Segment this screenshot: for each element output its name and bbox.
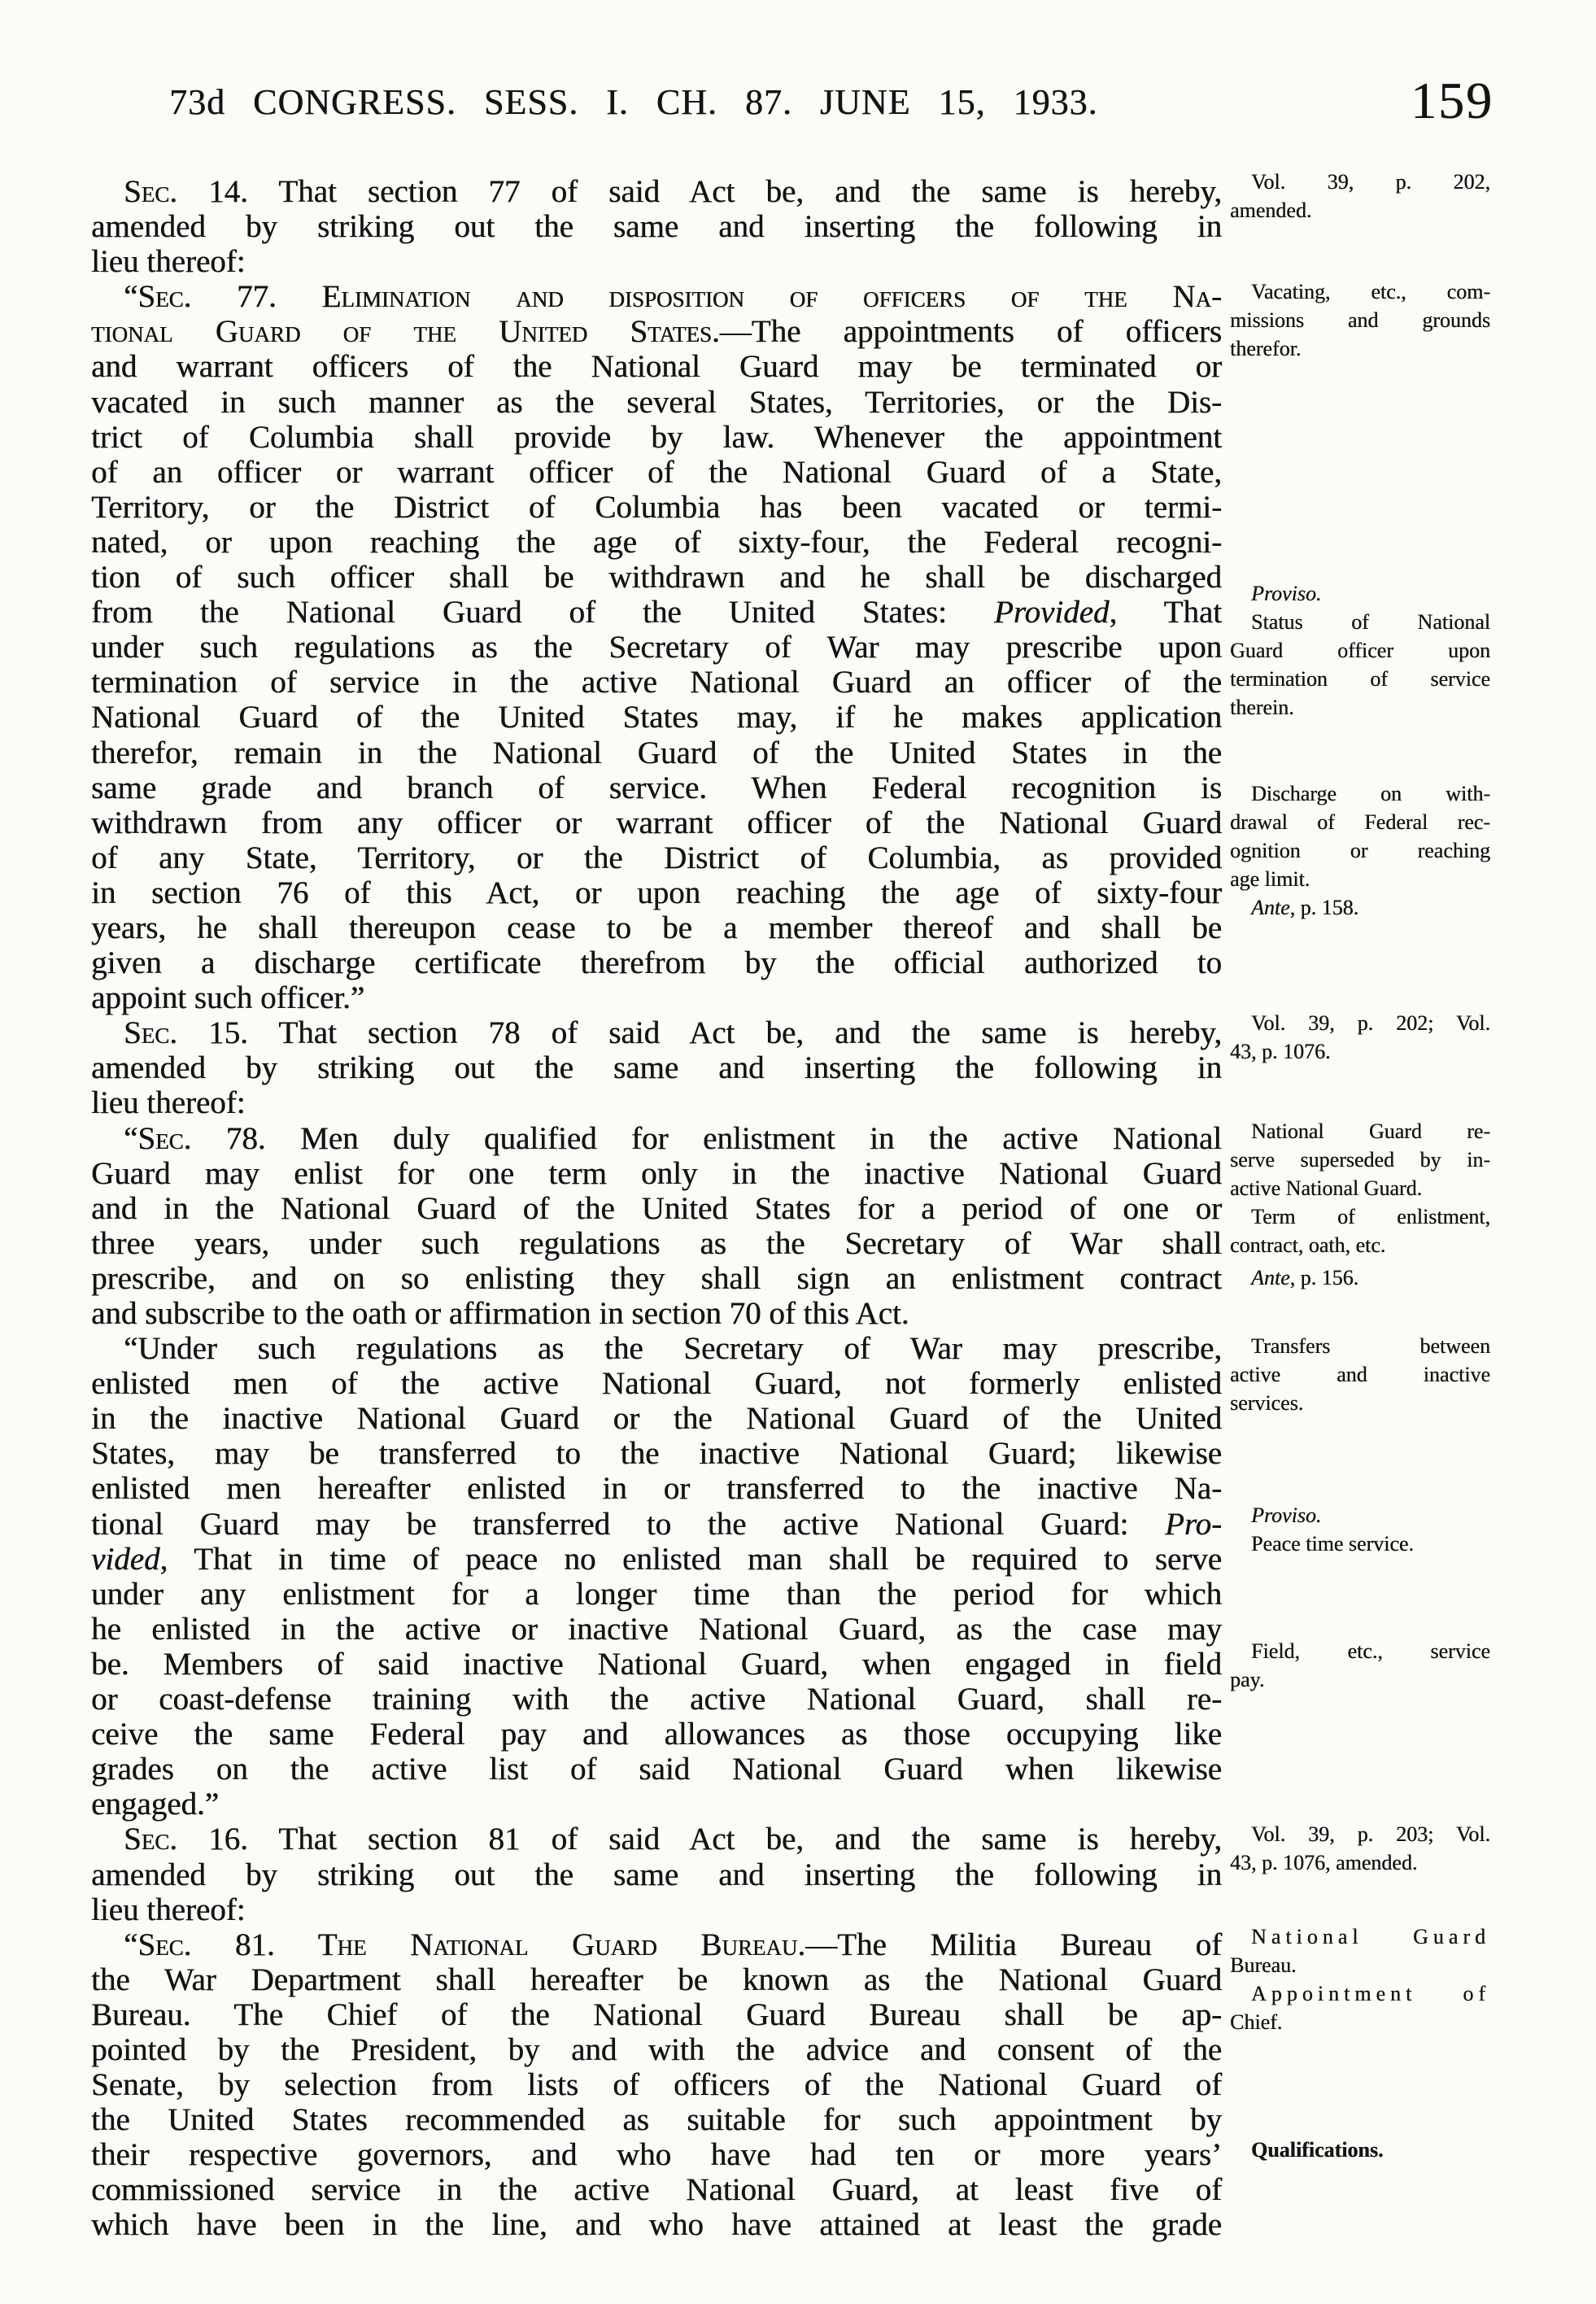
text-line: services.	[1230, 1389, 1490, 1417]
text-line: tional Guard may be transferred to the a…	[91, 1507, 1222, 1542]
text-line: Territory, or the District of Columbia h…	[91, 490, 1222, 525]
margin-note: Vol. 39, p. 202,amended.	[1230, 168, 1490, 225]
section-14-amending-clause: Sec. 14. That section 77 of said Act be,…	[91, 174, 1222, 279]
text-line: therein.	[1230, 693, 1490, 722]
text-line: National Guard of the United States may,…	[91, 700, 1222, 735]
text-line: lieu thereof:	[91, 1085, 1222, 1120]
text-line: National Guard	[1230, 1922, 1490, 1951]
text-line: lieu thereof:	[91, 1892, 1222, 1927]
section-78-quoted-text: “Sec. 78. Men duly qualified for enlistm…	[91, 1121, 1222, 1332]
text-line: commissioned service in the active Natio…	[91, 2172, 1222, 2207]
text-line: Peace time service.	[1230, 1529, 1490, 1558]
text-line: contract, oath, etc.	[1230, 1231, 1490, 1259]
text-line: nated, or upon reaching the age of sixty…	[91, 525, 1222, 560]
text-line: age limit.	[1230, 865, 1490, 893]
margin-note: National GuardBureau.Appointment ofChief…	[1230, 1922, 1490, 2036]
text-line: be. Members of said inactive National Gu…	[91, 1647, 1222, 1682]
text-line: tional Guard of the United States.—The a…	[91, 314, 1222, 349]
section-81-quoted-text: “Sec. 81. The National Guard Bureau.—The…	[91, 1927, 1222, 2243]
text-line: Discharge on with-	[1230, 779, 1490, 808]
text-line: States, may be transferred to the inacti…	[91, 1436, 1222, 1471]
text-line: therefor.	[1230, 334, 1490, 363]
margin-note: Vol. 39, p. 203; Vol.43, p. 1076, amende…	[1230, 1820, 1490, 1877]
text-line: Vacating, etc., com-	[1230, 277, 1490, 306]
text-line: withdrawn from any officer or warrant of…	[91, 805, 1222, 840]
text-line: enlisted men hereafter enlisted in or tr…	[91, 1471, 1222, 1506]
text-line: he enlisted in the active or inactive Na…	[91, 1612, 1222, 1647]
text-line: Senate, by selection from lists of offic…	[91, 2067, 1222, 2102]
text-line: drawal of Federal rec-	[1230, 808, 1490, 836]
section-78-transfers-paragraph: “Under such regulations as the Secretary…	[91, 1331, 1222, 1822]
text-line: Bureau. The Chief of the National Guard …	[91, 1997, 1222, 2032]
text-line: enlisted men of the active National Guar…	[91, 1366, 1222, 1401]
text-line: Transfers between	[1230, 1332, 1490, 1360]
text-line: or coast-defense training with the activ…	[91, 1682, 1222, 1717]
text-line: Qualifications.	[1230, 2136, 1490, 2164]
text-line: missions and grounds	[1230, 306, 1490, 334]
text-line: same grade and branch of service. When F…	[91, 770, 1222, 805]
text-line: therefor, remain in the National Guard o…	[91, 735, 1222, 770]
text-line: National Guard re-	[1230, 1117, 1490, 1145]
text-line: “Sec. 77. Elimination and disposition of…	[91, 279, 1222, 314]
text-line: Guard officer upon	[1230, 636, 1490, 665]
text-line: ognition or reaching	[1230, 836, 1490, 865]
margin-note: National Guard re-serve superseded by in…	[1230, 1117, 1490, 1259]
running-header: 73d CONGRESS. SESS. I. CH. 87. JUNE 15, …	[169, 85, 1097, 120]
congress-session-line: 73d CONGRESS. SESS. I. CH. 87. JUNE 15, …	[169, 82, 1097, 122]
text-line: amended by striking out the same and ins…	[91, 209, 1222, 244]
text-line: termination of service	[1230, 665, 1490, 693]
text-line: Proviso.	[1230, 579, 1490, 608]
text-line: Guard may enlist for one term only in th…	[91, 1156, 1222, 1191]
text-line: Field, etc., service	[1230, 1637, 1490, 1665]
section-15-amending-clause: Sec. 15. That section 78 of said Act be,…	[91, 1015, 1222, 1120]
margin-note: Vacating, etc., com-missions and grounds…	[1230, 277, 1490, 363]
text-line: their respective governors, and who have…	[91, 2137, 1222, 2172]
margin-note: Discharge on with-drawal of Federal rec-…	[1230, 779, 1490, 922]
text-line: prescribe, and on so enlisting they shal…	[91, 1261, 1222, 1296]
text-line: from the National Guard of the United St…	[91, 595, 1222, 630]
text-line: under such regulations as the Secretary …	[91, 630, 1222, 665]
margin-note: Vol. 39, p. 202; Vol.43, p. 1076.	[1230, 1009, 1490, 1066]
text-line: Status of National	[1230, 608, 1490, 636]
text-line: termination of service in the active Nat…	[91, 665, 1222, 700]
text-line: Proviso.	[1230, 1501, 1490, 1529]
text-line: Vol. 39, p. 203; Vol.	[1230, 1820, 1490, 1848]
margin-note: Ante, p. 156.	[1230, 1263, 1490, 1292]
text-line: vided, That in time of peace no enlisted…	[91, 1542, 1222, 1577]
text-line: pointed by the President, by and with th…	[91, 2032, 1222, 2067]
text-line: engaged.”	[91, 1787, 1222, 1822]
text-line: Ante, p. 156.	[1230, 1263, 1490, 1292]
text-line: given a discharge certificate therefrom …	[91, 945, 1222, 980]
section-77-quoted-text: “Sec. 77. Elimination and disposition of…	[91, 279, 1222, 1015]
text-line: the United States recommended as suitabl…	[91, 2102, 1222, 2137]
text-line: vacated in such manner as the several St…	[91, 385, 1222, 420]
margin-note: Qualifications.	[1230, 2136, 1490, 2164]
section-16-amending-clause: Sec. 16. That section 81 of said Act be,…	[91, 1822, 1222, 1927]
text-line: three years, under such regulations as t…	[91, 1226, 1222, 1261]
text-line: active National Guard.	[1230, 1174, 1490, 1202]
margin-note: Transfers betweenactive and inactiveserv…	[1230, 1332, 1490, 1417]
text-line: trict of Columbia shall provide by law. …	[91, 420, 1222, 455]
margin-note: Proviso.Peace time service.	[1230, 1501, 1490, 1558]
statute-text-column: Sec. 14. That section 77 of said Act be,…	[91, 174, 1222, 2243]
text-line: of an officer or warrant officer of the …	[91, 455, 1222, 490]
text-line: 43, p. 1076, amended.	[1230, 1848, 1490, 1877]
text-line: of any State, Territory, or the District…	[91, 840, 1222, 875]
margin-notes-column: Vol. 39, p. 202,amended.Vacating, etc., …	[1230, 0, 1490, 2304]
text-line: Vol. 39, p. 202; Vol.	[1230, 1009, 1490, 1037]
text-line: Bureau.	[1230, 1951, 1490, 1979]
text-line: appoint such officer.”	[91, 980, 1222, 1015]
text-line: Ante, p. 158.	[1230, 893, 1490, 922]
text-line: ceive the same Federal pay and allowance…	[91, 1717, 1222, 1752]
text-line: lieu thereof:	[91, 244, 1222, 279]
text-line: pay.	[1230, 1665, 1490, 1694]
text-line: Sec. 15. That section 78 of said Act be,…	[91, 1015, 1222, 1050]
text-line: in the inactive National Guard or the Na…	[91, 1401, 1222, 1436]
text-line: amended by striking out the same and ins…	[91, 1857, 1222, 1892]
text-line: the War Department shall hereafter be kn…	[91, 1962, 1222, 1997]
text-line: and in the National Guard of the United …	[91, 1191, 1222, 1226]
margin-note: Field, etc., servicepay.	[1230, 1637, 1490, 1694]
text-line: which have been in the line, and who hav…	[91, 2207, 1222, 2242]
margin-note: Proviso.Status of NationalGuard officer …	[1230, 579, 1490, 722]
text-line: in section 76 of this Act, or upon reach…	[91, 875, 1222, 910]
text-line: “Sec. 81. The National Guard Bureau.—The…	[91, 1927, 1222, 1962]
text-line: 43, p. 1076.	[1230, 1037, 1490, 1066]
text-line: under any enlistment for a longer time t…	[91, 1577, 1222, 1612]
text-line: amended by striking out the same and ins…	[91, 1050, 1222, 1085]
text-line: serve superseded by in-	[1230, 1145, 1490, 1174]
text-line: and warrant officers of the National Gua…	[91, 349, 1222, 384]
text-line: Vol. 39, p. 202,	[1230, 168, 1490, 196]
text-line: Chief.	[1230, 2008, 1490, 2036]
text-line: active and inactive	[1230, 1360, 1490, 1389]
text-line: “Sec. 78. Men duly qualified for enlistm…	[91, 1121, 1222, 1156]
text-line: grades on the active list of said Nation…	[91, 1752, 1222, 1787]
text-line: Term of enlistment,	[1230, 1202, 1490, 1231]
text-line: Appointment of	[1230, 1979, 1490, 2008]
text-line: years, he shall thereupon cease to be a …	[91, 910, 1222, 945]
text-line: tion of such officer shall be withdrawn …	[91, 560, 1222, 595]
text-line: Sec. 16. That section 81 of said Act be,…	[91, 1822, 1222, 1857]
statute-page: 73d CONGRESS. SESS. I. CH. 87. JUNE 15, …	[0, 0, 1596, 2304]
text-line: “Under such regulations as the Secretary…	[91, 1331, 1222, 1366]
text-line: amended.	[1230, 196, 1490, 225]
text-line: Sec. 14. That section 77 of said Act be,…	[91, 174, 1222, 209]
text-line: and subscribe to the oath or affirmation…	[91, 1296, 1222, 1331]
